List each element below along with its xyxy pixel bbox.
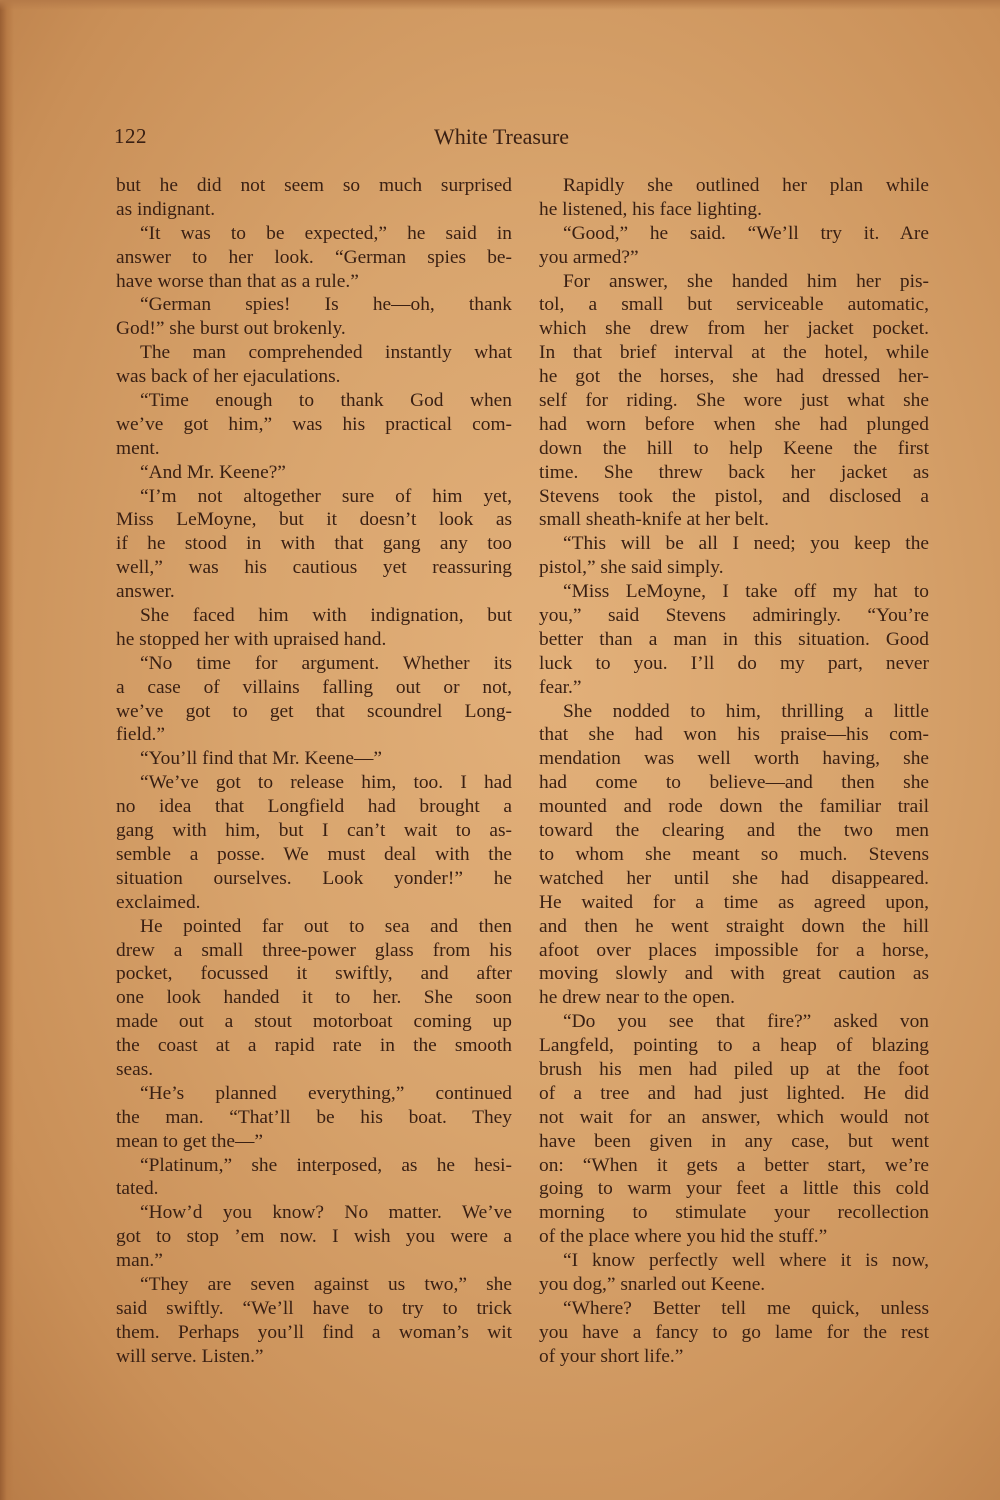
text-line: God!” she burst out brokenly. [116, 317, 512, 341]
left-text-column: but he did not seem so much surprisedas … [116, 174, 512, 1369]
text-line: going to warm your feet a little this co… [539, 1177, 929, 1201]
text-line: answer. [116, 580, 512, 604]
text-line: had worn before when she had plunged [539, 413, 929, 437]
text-line: “Platinum,” she interposed, as he hesi- [116, 1154, 512, 1178]
text-line: the coast at a rapid rate in the smooth [116, 1034, 512, 1058]
text-line: “I know perfectly well where it is now, [539, 1249, 929, 1273]
text-line: have been given in any case, but went [539, 1130, 929, 1154]
text-line: them. Perhaps you’ll find a woman’s wit [116, 1321, 512, 1345]
text-line: better than a man in this situation. Goo… [539, 628, 929, 652]
text-line: “No time for argument. Whether its [116, 652, 512, 676]
text-line: but he did not seem so much surprised [116, 174, 512, 198]
text-line: Langfeld, pointing to a heap of blazing [539, 1034, 929, 1058]
text-line: got to stop ’em now. I wish you were a [116, 1225, 512, 1249]
text-line: down the hill to help Keene the first [539, 437, 929, 461]
text-line: semble a posse. We must deal with the [116, 843, 512, 867]
text-line: “How’d you know? No matter. We’ve [116, 1201, 512, 1225]
text-line: “German spies! Is he—oh, thank [116, 293, 512, 317]
text-line: pocket, focussed it swiftly, and after [116, 962, 512, 986]
text-line: toward the clearing and the two men [539, 819, 929, 843]
text-line: Stevens took the pistol, and disclosed a [539, 485, 929, 509]
text-line: made out a stout motorboat coming up [116, 1010, 512, 1034]
text-line: you have a fancy to go lame for the rest [539, 1321, 929, 1345]
text-line: mounted and rode down the familiar trail [539, 795, 929, 819]
text-line: well,” was his cautious yet reassuring [116, 556, 512, 580]
text-line: tated. [116, 1177, 512, 1201]
text-line: gang with him, but I can’t wait to as- [116, 819, 512, 843]
running-head: 122 White Treasure [114, 124, 914, 154]
text-line: “It was to be expected,” he said in [116, 222, 512, 246]
text-line: self for riding. She wore just what she [539, 389, 929, 413]
text-line: you dog,” snarled out Keene. [539, 1273, 929, 1297]
text-line: “You’ll find that Mr. Keene—” [116, 747, 512, 771]
text-line: field.” [116, 723, 512, 747]
text-line: was back of her ejaculations. [116, 365, 512, 389]
text-line: She nodded to him, thrilling a little [539, 700, 929, 724]
text-line: he listened, his face lighting. [539, 198, 929, 222]
text-line: morning to stimulate your recollection [539, 1201, 929, 1225]
text-line: he got the horses, she had dressed her- [539, 365, 929, 389]
text-line: you armed?” [539, 246, 929, 270]
text-line: Rapidly she outlined her plan while [539, 174, 929, 198]
text-line: he drew near to the open. [539, 986, 929, 1010]
text-line: “He’s planned everything,” continued [116, 1082, 512, 1106]
text-line: “I’m not altogether sure of him yet, [116, 485, 512, 509]
text-line: “Miss LeMoyne, I take off my hat to [539, 580, 929, 604]
text-line: have worse than that as a rule.” [116, 270, 512, 294]
text-line: Miss LeMoyne, but it doesn’t look as [116, 508, 512, 532]
text-line: said swiftly. “We’ll have to try to tric… [116, 1297, 512, 1321]
text-line: the man. “That’ll be his boat. They [116, 1106, 512, 1130]
text-line: watched her until she had disappeared. [539, 867, 929, 891]
text-line: one look handed it to her. She soon [116, 986, 512, 1010]
text-line: She faced him with indignation, but [116, 604, 512, 628]
text-line: He pointed far out to sea and then [116, 915, 512, 939]
text-line: to whom she meant so much. Stevens [539, 843, 929, 867]
text-line: ment. [116, 437, 512, 461]
text-line: small sheath-knife at her belt. [539, 508, 929, 532]
running-title: White Treasure [434, 124, 569, 150]
text-line: moving slowly and with great caution as [539, 962, 929, 986]
text-line: of a tree and had just lighted. He did [539, 1082, 929, 1106]
text-line: a case of villains falling out or not, [116, 676, 512, 700]
text-line: pistol,” she said simply. [539, 556, 929, 580]
text-line: he stopped her with upraised hand. [116, 628, 512, 652]
text-line: “We’ve got to release him, too. I had [116, 771, 512, 795]
text-line: “Time enough to thank God when [116, 389, 512, 413]
text-line: He waited for a time as agreed upon, [539, 891, 929, 915]
text-line: no idea that Longfield had brought a [116, 795, 512, 819]
text-line: of the place where you hid the stuff.” [539, 1225, 929, 1249]
text-line: man.” [116, 1249, 512, 1273]
page-top-shadow [0, 0, 1000, 10]
text-line: which she drew from her jacket pocket. [539, 317, 929, 341]
text-line: that she had won his praise—his com- [539, 723, 929, 747]
text-line: “And Mr. Keene?” [116, 461, 512, 485]
text-line: drew a small three-power glass from his [116, 939, 512, 963]
text-line: as indignant. [116, 198, 512, 222]
text-line: we’ve got to get that scoundrel Long- [116, 700, 512, 724]
page-number: 122 [114, 124, 147, 149]
text-line: we’ve got him,” was his practical com- [116, 413, 512, 437]
text-line: on: “When it gets a better start, we’re [539, 1154, 929, 1178]
text-line: In that brief interval at the hotel, whi… [539, 341, 929, 365]
text-line: seas. [116, 1058, 512, 1082]
text-line: mendation was well worth having, she [539, 747, 929, 771]
text-line: mean to get the—” [116, 1130, 512, 1154]
text-line: “Do you see that fire?” asked von [539, 1010, 929, 1034]
text-line: tol, a small but serviceable automatic, [539, 293, 929, 317]
text-line: fear.” [539, 676, 929, 700]
text-line: For answer, she handed him her pis- [539, 270, 929, 294]
text-line: The man comprehended instantly what [116, 341, 512, 365]
text-line: answer to her look. “German spies be- [116, 246, 512, 270]
text-line: not wait for an answer, which would not [539, 1106, 929, 1130]
text-line: luck to you. I’ll do my part, never [539, 652, 929, 676]
right-text-column: Rapidly she outlined her plan whilehe li… [539, 174, 929, 1369]
text-line: brush his men had piled up at the foot [539, 1058, 929, 1082]
text-line: will serve. Listen.” [116, 1345, 512, 1369]
text-line: if he stood in with that gang any too [116, 532, 512, 556]
text-line: situation ourselves. Look yonder!” he [116, 867, 512, 891]
text-line: exclaimed. [116, 891, 512, 915]
text-line: you,” said Stevens admiringly. “You’re [539, 604, 929, 628]
text-line: of your short life.” [539, 1345, 929, 1369]
text-line: had come to believe—and then she [539, 771, 929, 795]
text-line: “This will be all I need; you keep the [539, 532, 929, 556]
text-line: afoot over places impossible for a horse… [539, 939, 929, 963]
text-line: “Good,” he said. “We’ll try it. Are [539, 222, 929, 246]
text-line: “They are seven against us two,” she [116, 1273, 512, 1297]
text-line: time. She threw back her jacket as [539, 461, 929, 485]
text-line: and then he went straight down the hill [539, 915, 929, 939]
text-line: “Where? Better tell me quick, unless [539, 1297, 929, 1321]
page-edge-shadow [0, 0, 14, 1500]
